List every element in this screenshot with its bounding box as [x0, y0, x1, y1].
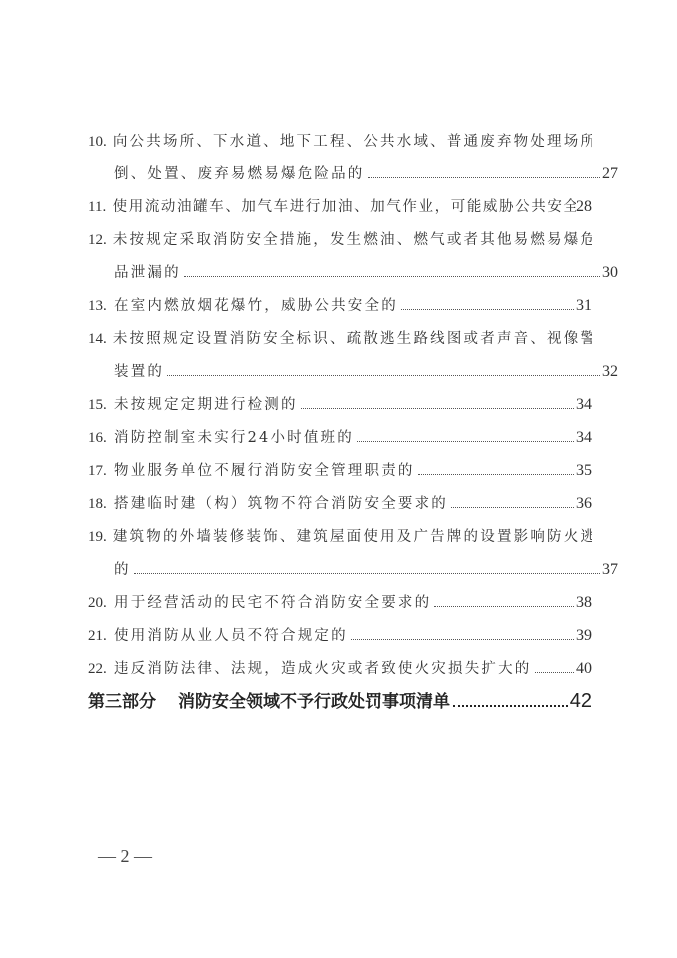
- dot-leader: [401, 309, 574, 310]
- toc-entry-13[interactable]: 13. 在室内燃放烟花爆竹，威胁公共安全的 31: [88, 294, 592, 318]
- dot-leader: [167, 375, 600, 376]
- entry-number: 11.: [88, 195, 113, 219]
- entry-page: 34: [576, 426, 592, 450]
- toc-entry-10-cont[interactable]: 倒、处置、废弃易燃易爆危险品的 27: [88, 162, 618, 186]
- entry-number: 19.: [88, 525, 113, 549]
- entry-page: 39: [576, 624, 592, 648]
- entry-page: 35: [576, 459, 592, 483]
- entry-title: 未按规定定期进行检测的: [114, 393, 298, 417]
- entry-title: 违反消防法律、法规，造成火灾或者致使火灾损失扩大的: [114, 657, 532, 681]
- entry-title-cont: 倒、处置、废弃易燃易爆危险品的: [114, 162, 365, 186]
- entry-title: 用于经营活动的民宅不符合消防安全要求的: [114, 591, 431, 615]
- entry-title-cont: 的: [114, 558, 131, 582]
- toc-entry-21[interactable]: 21. 使用消防从业人员不符合规定的 39: [88, 624, 592, 648]
- entry-title-cont: 装置的: [114, 360, 164, 384]
- entry-title: 使用流动油罐车、加气车进行加油、加气作业，可能威胁公共安全的.: [113, 195, 576, 219]
- toc-part-three[interactable]: 第三部分 消防安全领域不予行政处罚事项清单 42: [88, 688, 592, 714]
- entry-number: 14.: [88, 327, 113, 351]
- part-page: 42: [570, 688, 592, 714]
- entry-number: 10.: [88, 130, 113, 154]
- part-label: 第三部分: [88, 689, 156, 715]
- toc-entry-15[interactable]: 15. 未按规定定期进行检测的 34: [88, 393, 592, 417]
- entry-title: 物业服务单位不履行消防安全管理职责的: [114, 459, 415, 483]
- entry-title: 搭建临时建（构）筑物不符合消防安全要求的: [114, 492, 448, 516]
- entry-title: 未按照规定设置消防安全标识、疏散逃生路线图或者声音、视像警报: [113, 327, 592, 351]
- toc-entry-17[interactable]: 17. 物业服务单位不履行消防安全管理职责的 35: [88, 459, 592, 483]
- toc-entry-12-cont[interactable]: 品泄漏的 30: [88, 261, 618, 285]
- dot-leader: [134, 573, 600, 574]
- entry-title: 未按规定采取消防安全措施，发生燃油、燃气或者其他易燃易爆危险: [113, 228, 592, 252]
- toc-entry-20[interactable]: 20. 用于经营活动的民宅不符合消防安全要求的 38: [88, 591, 592, 615]
- toc-entry-10[interactable]: 10. 向公共场所、下水道、地下工程、公共水域、普通废弃物处理场所倾: [88, 130, 592, 154]
- entry-page: 32: [602, 360, 618, 384]
- entry-number: 12.: [88, 228, 113, 252]
- toc-entry-12[interactable]: 12. 未按规定采取消防安全措施，发生燃油、燃气或者其他易燃易爆危险: [88, 228, 592, 252]
- toc-entry-14-cont[interactable]: 装置的 32: [88, 360, 618, 384]
- entry-page: 40: [576, 657, 592, 681]
- entry-number: 22.: [88, 657, 114, 681]
- dot-leader: [301, 408, 574, 409]
- entry-title: 消防控制室未实行24小时值班的: [114, 426, 354, 450]
- entry-page: 27: [602, 162, 618, 186]
- part-title: 消防安全领域不予行政处罚事项清单: [178, 689, 450, 715]
- toc-entry-18[interactable]: 18. 搭建临时建（构）筑物不符合消防安全要求的 36: [88, 492, 592, 516]
- entry-page: 36: [576, 492, 592, 516]
- entry-page: 31: [576, 294, 592, 318]
- dot-leader: [453, 705, 568, 707]
- entry-number: 18.: [88, 492, 114, 516]
- entry-title: 在室内燃放烟花爆竹，威胁公共安全的: [114, 294, 398, 318]
- page-number: — 2 —: [98, 846, 152, 867]
- entry-title-cont: 品泄漏的: [114, 261, 181, 285]
- entry-number: 15.: [88, 393, 114, 417]
- toc-entry-11[interactable]: 11. 使用流动油罐车、加气车进行加油、加气作业，可能威胁公共安全的. 28: [88, 195, 592, 219]
- entry-title: 建筑物的外墙装修装饰、建筑屋面使用及广告牌的设置影响防火逃生: [113, 525, 592, 549]
- entry-page: 28: [576, 195, 592, 219]
- toc-entry-14[interactable]: 14. 未按照规定设置消防安全标识、疏散逃生路线图或者声音、视像警报: [88, 327, 592, 351]
- entry-page: 37: [602, 558, 618, 582]
- dot-leader: [368, 177, 601, 178]
- entry-title: 向公共场所、下水道、地下工程、公共水域、普通废弃物处理场所倾: [113, 130, 592, 154]
- toc-entry-16[interactable]: 16. 消防控制室未实行24小时值班的 34: [88, 426, 592, 450]
- entry-number: 21.: [88, 624, 114, 648]
- entry-number: 16.: [88, 426, 114, 450]
- dot-leader: [535, 672, 575, 673]
- dot-leader: [184, 276, 600, 277]
- dot-leader: [451, 507, 574, 508]
- entry-number: 13.: [88, 294, 114, 318]
- dot-leader: [357, 441, 574, 442]
- toc-entry-19-cont[interactable]: 的 37: [88, 558, 618, 582]
- toc-entry-22[interactable]: 22. 违反消防法律、法规，造成火灾或者致使火灾损失扩大的 40: [88, 657, 592, 681]
- dot-leader: [418, 474, 574, 475]
- toc-entry-19[interactable]: 19. 建筑物的外墙装修装饰、建筑屋面使用及广告牌的设置影响防火逃生: [88, 525, 592, 549]
- entry-number: 20.: [88, 591, 114, 615]
- dot-leader: [434, 606, 574, 607]
- entry-title: 使用消防从业人员不符合规定的: [114, 624, 348, 648]
- entry-page: 30: [602, 261, 618, 285]
- entry-number: 17.: [88, 459, 114, 483]
- dot-leader: [351, 639, 574, 640]
- entry-page: 38: [576, 591, 592, 615]
- entry-page: 34: [576, 393, 592, 417]
